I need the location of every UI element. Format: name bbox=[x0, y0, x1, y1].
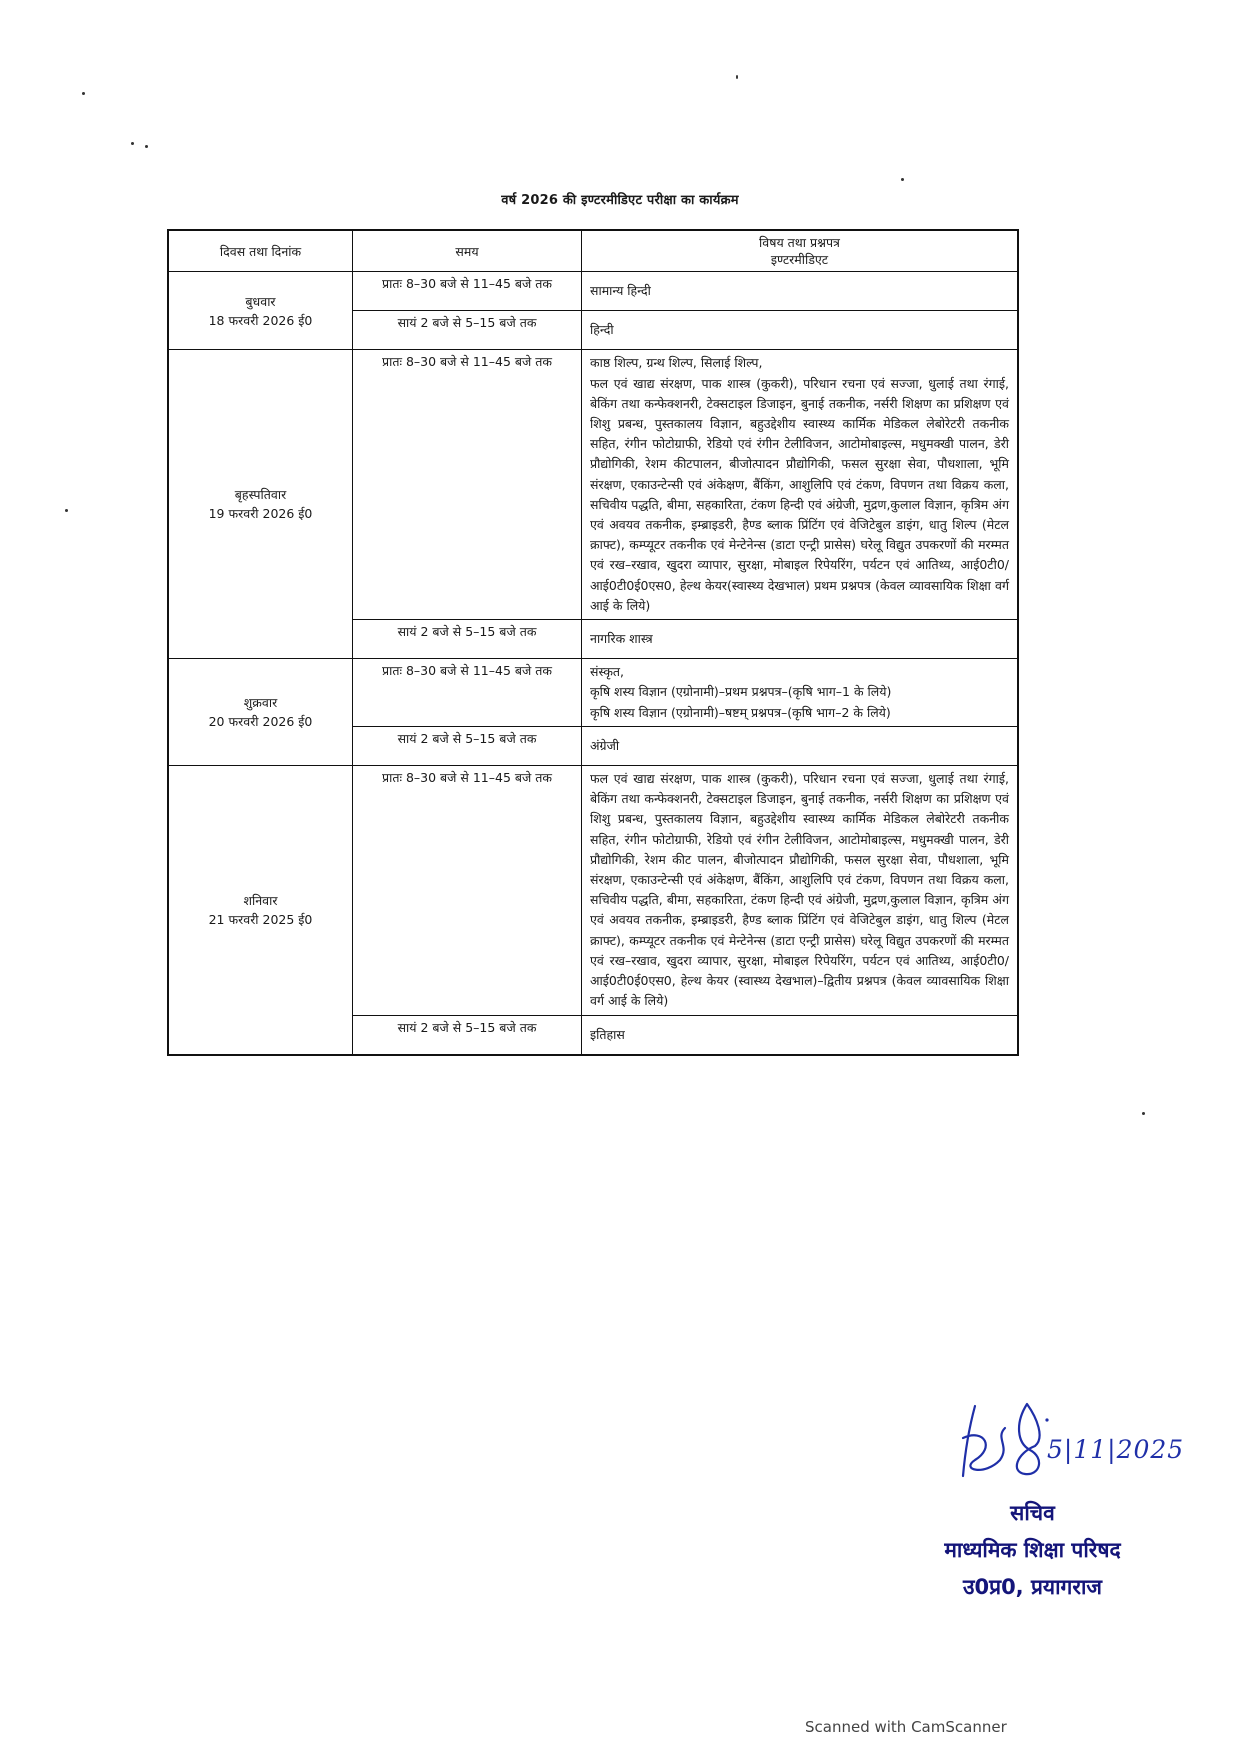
session-subjects: सामान्य हिन्दी bbox=[582, 272, 1019, 311]
office-location: उ0प्र0, प्रयागराज bbox=[905, 1569, 1160, 1606]
office-board: माध्यमिक शिक्षा परिषद bbox=[905, 1532, 1160, 1569]
header-time: समय bbox=[353, 230, 582, 272]
session-subjects: हिन्दी bbox=[582, 311, 1019, 350]
scanner-watermark: Scanned with CamScanner bbox=[805, 1718, 1007, 1736]
header-day-date: दिवस तथा दिनांक bbox=[168, 230, 353, 272]
subject-entry: कृषि शस्य विज्ञान (एग्रोनामी)–प्रथम प्रश… bbox=[590, 682, 1009, 702]
day-date-cell: शनिवार21 फरवरी 2025 ई0 bbox=[168, 766, 353, 1055]
subject-entry: फल एवं खाद्य संरक्षण, पाक शास्त्र (कुकरी… bbox=[590, 374, 1009, 616]
exam-date: 21 फरवरी 2025 ई0 bbox=[177, 910, 344, 929]
office-designation: सचिव bbox=[905, 1495, 1160, 1532]
day-name: बृहस्पतिवार bbox=[177, 485, 344, 504]
day-date-cell: बुधवार18 फरवरी 2026 ई0 bbox=[168, 272, 353, 350]
subject-entry: काष्ठ शिल्प, ग्रन्थ शिल्प, सिलाई शिल्प, bbox=[590, 353, 1009, 373]
subject-entry: कृषि शस्य विज्ञान (एग्रोनामी)–षष्टम् प्र… bbox=[590, 703, 1009, 723]
scan-speck bbox=[131, 142, 134, 145]
scan-speck bbox=[1142, 1112, 1145, 1115]
day-name: शनिवार bbox=[177, 891, 344, 910]
session-subjects: काष्ठ शिल्प, ग्रन्थ शिल्प, सिलाई शिल्प,फ… bbox=[582, 350, 1019, 620]
document-title: वर्ष 2026 की इण्टरमीडिएट परीक्षा का कार्… bbox=[0, 190, 1240, 208]
session-time: प्रातः 8–30 बजे से 11–45 बजे तक bbox=[353, 272, 582, 311]
header-subject: विषय तथा प्रश्नपत्र इण्टरमीडिएट bbox=[582, 230, 1019, 272]
exam-date: 18 फरवरी 2026 ई0 bbox=[177, 311, 344, 330]
table-row: शनिवार21 फरवरी 2025 ई0प्रातः 8–30 बजे से… bbox=[168, 766, 1018, 1015]
day-date-cell: शुक्रवार20 फरवरी 2026 ई0 bbox=[168, 659, 353, 766]
exam-schedule-table: दिवस तथा दिनांक समय विषय तथा प्रश्नपत्र … bbox=[167, 229, 1019, 1056]
session-subjects: नागरिक शास्त्र bbox=[582, 620, 1019, 659]
table-header-row: दिवस तथा दिनांक समय विषय तथा प्रश्नपत्र … bbox=[168, 230, 1018, 272]
subject-entry: सामान्य हिन्दी bbox=[590, 281, 1009, 301]
scan-speck bbox=[901, 178, 904, 181]
session-time: सायं 2 बजे से 5–15 बजे तक bbox=[353, 726, 582, 765]
day-name: शुक्रवार bbox=[177, 693, 344, 712]
table-row: बृहस्पतिवार19 फरवरी 2026 ई0प्रातः 8–30 ब… bbox=[168, 350, 1018, 620]
session-subjects: इतिहास bbox=[582, 1015, 1019, 1055]
scan-speck bbox=[145, 145, 148, 148]
schedule-body: बुधवार18 फरवरी 2026 ई0प्रातः 8–30 बजे से… bbox=[168, 272, 1018, 1055]
subject-entry: नागरिक शास्त्र bbox=[590, 629, 1009, 649]
session-time: प्रातः 8–30 बजे से 11–45 बजे तक bbox=[353, 659, 582, 727]
session-subjects: संस्कृत,कृषि शस्य विज्ञान (एग्रोनामी)–प्… bbox=[582, 659, 1019, 727]
session-time: प्रातः 8–30 बजे से 11–45 बजे तक bbox=[353, 350, 582, 620]
subject-entry: संस्कृत, bbox=[590, 662, 1009, 682]
session-subjects: अंग्रेजी bbox=[582, 726, 1019, 765]
signatory-office: सचिव माध्यमिक शिक्षा परिषद उ0प्र0, प्रया… bbox=[905, 1495, 1160, 1606]
exam-date: 19 फरवरी 2026 ई0 bbox=[177, 504, 344, 523]
scan-speck bbox=[65, 509, 68, 512]
signature-date: 5|11|2025 bbox=[1047, 1435, 1184, 1464]
scan-speck bbox=[736, 75, 738, 79]
table-row: शुक्रवार20 फरवरी 2026 ई0प्रातः 8–30 बजे … bbox=[168, 659, 1018, 727]
exam-date: 20 फरवरी 2026 ई0 bbox=[177, 712, 344, 731]
subject-entry: हिन्दी bbox=[590, 320, 1009, 340]
session-subjects: फल एवं खाद्य संरक्षण, पाक शास्त्र (कुकरी… bbox=[582, 766, 1019, 1015]
day-name: बुधवार bbox=[177, 292, 344, 311]
subject-entry: इतिहास bbox=[590, 1025, 1009, 1045]
header-subject-line1: विषय तथा प्रश्नपत्र bbox=[590, 234, 1009, 251]
session-time: सायं 2 बजे से 5–15 बजे तक bbox=[353, 620, 582, 659]
header-subject-line2: इण्टरमीडिएट bbox=[590, 251, 1009, 268]
table-row: बुधवार18 फरवरी 2026 ई0प्रातः 8–30 बजे से… bbox=[168, 272, 1018, 311]
scan-speck bbox=[82, 92, 85, 95]
session-time: सायं 2 बजे से 5–15 बजे तक bbox=[353, 311, 582, 350]
session-time: प्रातः 8–30 बजे से 11–45 बजे तक bbox=[353, 766, 582, 1015]
subject-entry: अंग्रेजी bbox=[590, 736, 1009, 756]
session-time: सायं 2 बजे से 5–15 बजे तक bbox=[353, 1015, 582, 1055]
subject-entry: फल एवं खाद्य संरक्षण, पाक शास्त्र (कुकरी… bbox=[590, 769, 1009, 1011]
day-date-cell: बृहस्पतिवार19 फरवरी 2026 ई0 bbox=[168, 350, 353, 659]
